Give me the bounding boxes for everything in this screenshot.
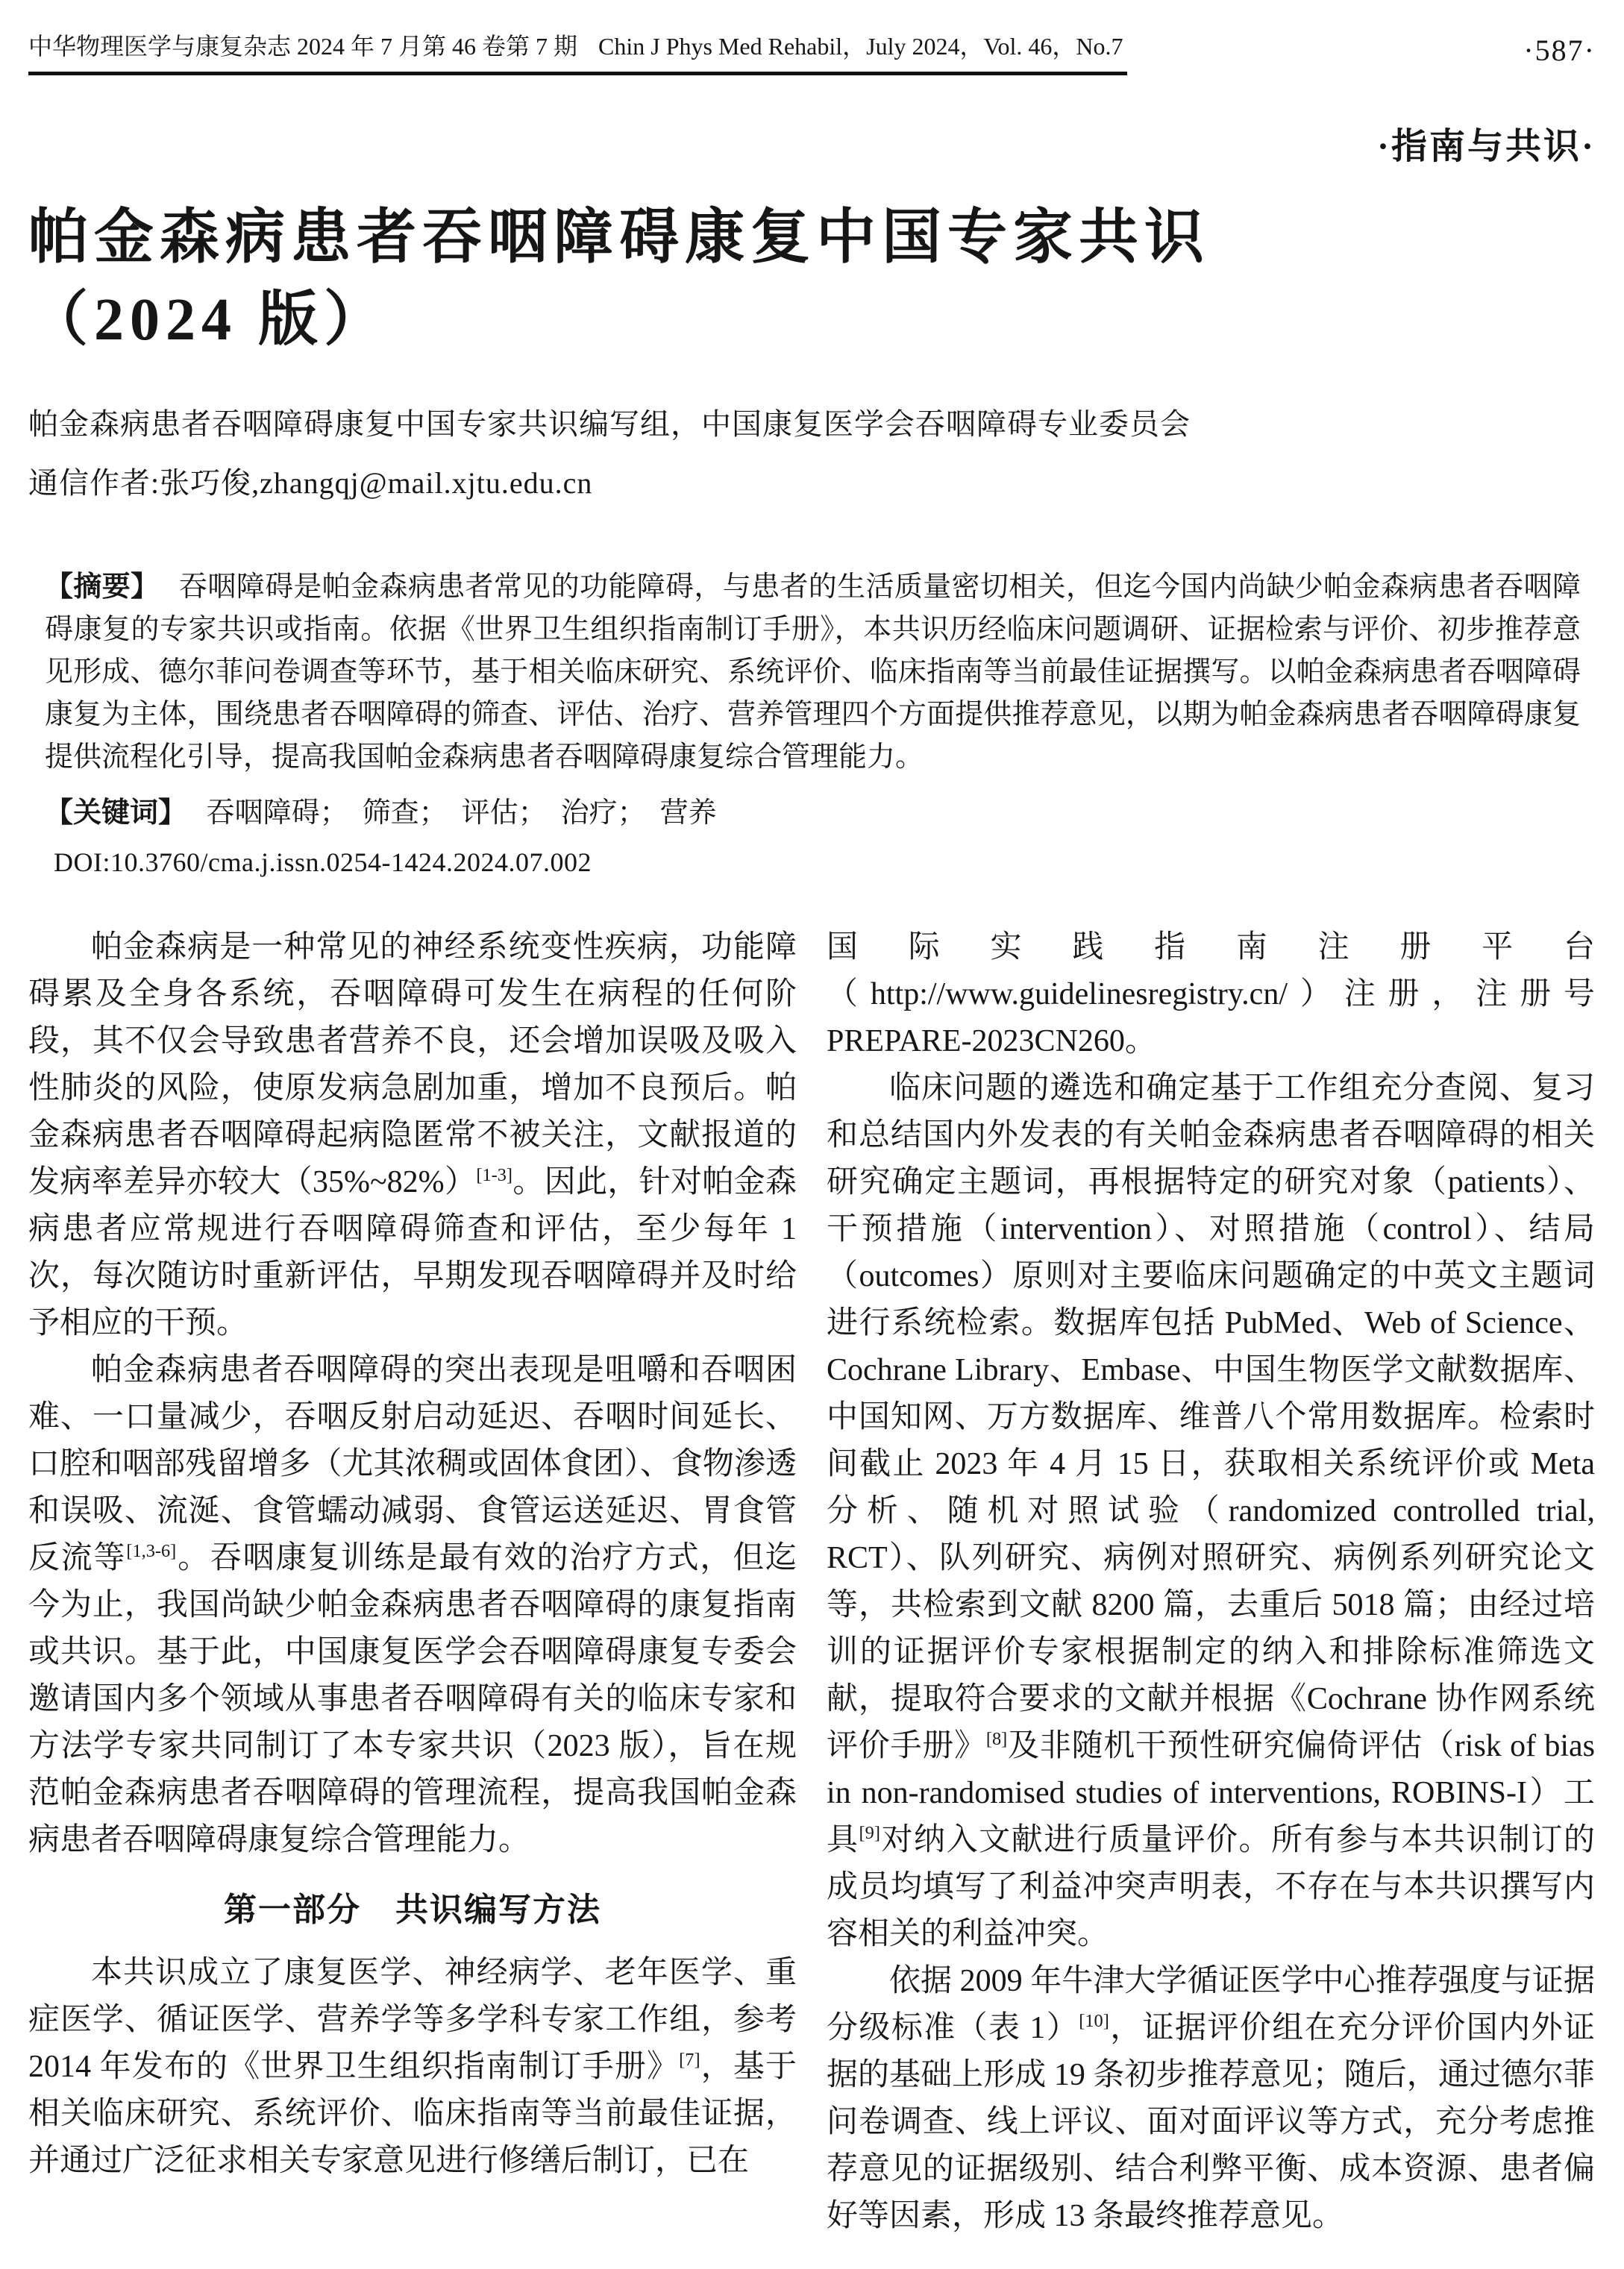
section-heading: 第一部分 共识编写方法 xyxy=(28,1886,797,1933)
journal-page: 中华物理医学与康复杂志 2024 年 7 月第 46 卷第 7 期Chin J … xyxy=(0,0,1624,2269)
keywords-text: 吞咽障碍； 筛查； 评估； 治疗； 营养 xyxy=(207,797,717,829)
page-number: ·587· xyxy=(1523,31,1596,68)
abstract-section: 【摘要】吞咽障碍是帕金森病患者常见的功能障碍，与患者的生活质量密切相关，但迄今国… xyxy=(45,566,1581,779)
journal-title-cn: 中华物理医学与康复杂志 2024 年 7 月第 46 卷第 7 期 xyxy=(28,33,577,60)
reference-superscript: [1-3] xyxy=(476,1165,512,1185)
body-paragraph: 本共识成立了康复医学、神经病学、老年医学、重症医学、循证医学、营养学等多学科专家… xyxy=(28,1950,797,2185)
keywords-label: 【关键词】 xyxy=(45,797,186,829)
body-right-column: 国际实践指南注册平台（http://www.guidelinesregistry… xyxy=(827,924,1595,2240)
reference-superscript: [10] xyxy=(1079,2011,1109,2031)
article-title-line2: （2024 版） xyxy=(28,279,1596,361)
abstract-label: 【摘要】 xyxy=(45,571,159,603)
reference-superscript: [7] xyxy=(679,2050,700,2070)
journal-info: 中华物理医学与康复杂志 2024 年 7 月第 46 卷第 7 期Chin J … xyxy=(28,31,1127,75)
running-head: 中华物理医学与康复杂志 2024 年 7 月第 46 卷第 7 期Chin J … xyxy=(28,31,1596,75)
keywords-section: 【关键词】吞咽障碍； 筛查； 评估； 治疗； 营养 xyxy=(45,792,1581,835)
body-paragraph: 国际实践指南注册平台（http://www.guidelinesregistry… xyxy=(827,924,1595,1065)
article-title-line1: 帕金森病患者吞咽障碍康复中国专家共识 xyxy=(28,197,1596,279)
body-paragraph: 依据 2009 年牛津大学循证医学中心推荐强度与证据分级标准（表 1）[10]，… xyxy=(827,1958,1595,2240)
doi-line: DOI:10.3760/cma.j.issn.0254-1424.2024.07… xyxy=(54,847,1581,878)
column-section-label: ·指南与共识· xyxy=(28,117,1596,169)
journal-title-en: Chin J Phys Med Rehabil，July 2024，Vol. 4… xyxy=(598,33,1123,60)
reference-superscript: [9] xyxy=(859,1823,880,1843)
correspondence-line: 通信作者:张巧俊,zhangqj@mail.xjtu.edu.cn xyxy=(28,459,1596,502)
article-body: 帕金森病是一种常见的神经系统变性疾病，功能障碍累及全身各系统，吞咽障碍可发生在病… xyxy=(28,924,1596,2240)
body-paragraph: 帕金森病患者吞咽障碍的突出表现是咀嚼和吞咽困难、一口量减少，吞咽反射启动延迟、吞… xyxy=(28,1347,797,1864)
reference-superscript: [8] xyxy=(986,1729,1007,1749)
abstract-text: 吞咽障碍是帕金森病患者常见的功能障碍，与患者的生活质量密切相关，但迄今国内尚缺少… xyxy=(45,571,1581,773)
body-paragraph: 帕金森病是一种常见的神经系统变性疾病，功能障碍累及全身各系统，吞咽障碍可发生在病… xyxy=(28,924,797,1347)
body-left-column: 帕金森病是一种常见的神经系统变性疾病，功能障碍累及全身各系统，吞咽障碍可发生在病… xyxy=(28,924,797,2240)
reference-superscript: [1,3-6] xyxy=(126,1541,176,1561)
body-paragraph: 临床问题的遴选和确定基于工作组充分查阅、复习和总结国内外发表的有关帕金森病患者吞… xyxy=(827,1065,1595,1958)
article-title: 帕金森病患者吞咽障碍康复中国专家共识 （2024 版） xyxy=(28,197,1596,362)
authors-line: 帕金森病患者吞咽障碍康复中国专家共识编写组，中国康复医学会吞咽障碍专业委员会 xyxy=(28,401,1596,443)
